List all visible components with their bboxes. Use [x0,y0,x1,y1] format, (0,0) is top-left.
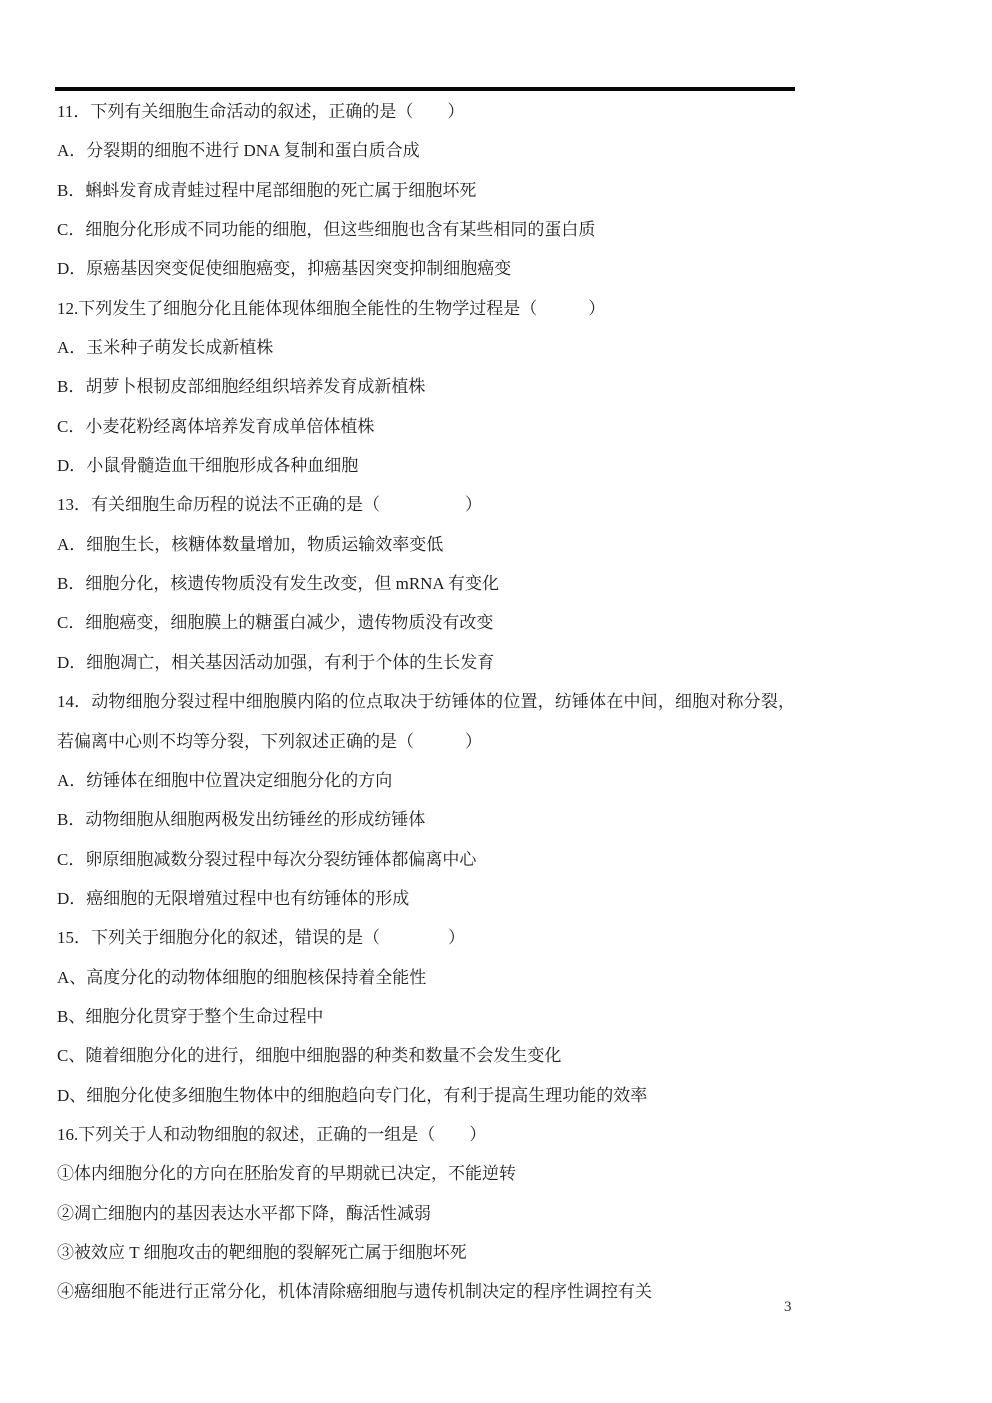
numbered-item-text: ③被效应 T 细胞攻击的靶细胞的裂解死亡属于细胞坏死 [57,1243,467,1262]
option-label: D． [57,889,86,908]
question-14-option-d: D．癌细胞的无限增殖过程中也有纺锤体的形成 [57,879,795,918]
option-text: 随着细胞分化的进行，细胞中细胞器的种类和数量不会发生变化 [85,1046,561,1065]
question-12-option-d: D．小鼠骨髓造血干细胞形成各种血细胞 [57,446,795,485]
option-label: C． [57,613,85,632]
question-text: 下列关于细胞分化的叙述，错误的是（ ） [91,928,465,947]
question-number: 12. [57,299,78,318]
option-text: 高度分化的动物体细胞的细胞核保持着全能性 [86,968,426,987]
question-11-option-c: C．细胞分化形成不同功能的细胞，但这些细胞也含有某些相同的蛋白质 [57,210,795,249]
numbered-item-text: ④癌细胞不能进行正常分化，机体清除癌细胞与遗传机制决定的程序性调控有关 [57,1282,652,1301]
option-label: C、 [57,1046,85,1065]
option-label: C． [57,850,85,869]
question-13-option-b: B．细胞分化，核遗传物质没有发生改变，但 mRNA 有变化 [57,564,795,603]
question-number: 11． [57,102,90,121]
question-16-item-1: ①体内细胞分化的方向在胚胎发育的早期就已决定，不能逆转 [57,1154,795,1193]
question-15-option-c: C、随着细胞分化的进行，细胞中细胞器的种类和数量不会发生变化 [57,1036,795,1075]
option-label: D． [57,653,86,672]
option-label: B． [57,377,85,396]
question-number: 14． [57,692,91,711]
option-label: C． [57,220,85,239]
question-14-stem-line1: 14．动物细胞分裂过程中细胞膜内陷的位点取决于纺锤体的位置，纺锤体在中间，细胞对… [57,682,795,721]
numbered-item-text: ①体内细胞分化的方向在胚胎发育的早期就已决定，不能逆转 [57,1164,516,1183]
question-text: 下列关于人和动物细胞的叙述，正确的一组是（ ） [78,1125,486,1144]
question-text: 有关细胞生命历程的说法不正确的是（ ） [91,495,482,514]
question-15-option-d: D、细胞分化使多细胞生物体中的细胞趋向专门化，有利于提高生理功能的效率 [57,1076,795,1115]
question-14-option-c: C．卵原细胞减数分裂过程中每次分裂纺锤体都偏离中心 [57,840,795,879]
question-15-option-a: A、高度分化的动物体细胞的细胞核保持着全能性 [57,958,795,997]
option-text: 分裂期的细胞不进行 DNA 复制和蛋白质合成 [86,141,419,160]
numbered-item-text: ②凋亡细胞内的基因表达水平都下降，酶活性减弱 [57,1204,431,1223]
question-12-option-a: A．玉米种子萌发长成新植株 [57,328,795,367]
option-text: 细胞分化贯穿于整个生命过程中 [85,1007,323,1026]
question-text: 动物细胞分裂过程中细胞膜内陷的位点取决于纺锤体的位置，纺锤体在中间，细胞对称分裂… [91,692,795,711]
question-12-option-b: B．胡萝卜根韧皮部细胞经组织培养发育成新植株 [57,367,795,406]
document-body: 11．下列有关细胞生命活动的叙述，正确的是（ ） A．分裂期的细胞不进行 DNA… [57,92,795,1312]
page-number: 3 [784,1297,792,1317]
question-text: 下列有关细胞生命活动的叙述，正确的是（ ） [90,102,464,121]
option-label: A． [57,771,86,790]
question-13-option-d: D．细胞凋亡，相关基因活动加强，有利于个体的生长发育 [57,643,795,682]
option-text: 细胞生长，核糖体数量增加，物质运输效率变低 [86,535,443,554]
option-label: B、 [57,1007,85,1026]
question-15-option-b: B、细胞分化贯穿于整个生命过程中 [57,997,795,1036]
page: { "document": { "page_number": "3", "tex… [0,0,992,1403]
option-label: D、 [57,1086,86,1105]
option-text: 原癌基因突变促使细胞癌变，抑癌基因突变抑制细胞癌变 [86,259,511,278]
question-14-option-a: A．纺锤体在细胞中位置决定细胞分化的方向 [57,761,795,800]
option-text: 蝌蚪发育成青蛙过程中尾部细胞的死亡属于细胞坏死 [85,181,476,200]
question-11-option-d: D．原癌基因突变促使细胞癌变，抑癌基因突变抑制细胞癌变 [57,249,795,288]
question-number: 15． [57,928,91,947]
option-label: A． [57,141,86,160]
option-text: 动物细胞从细胞两极发出纺锤丝的形成纺锤体 [85,810,425,829]
option-label: D． [57,259,86,278]
option-label: C． [57,417,85,436]
option-label: B． [57,574,85,593]
question-11-option-a: A．分裂期的细胞不进行 DNA 复制和蛋白质合成 [57,131,795,170]
question-14-stem-line2: 若偏离中心则不均等分裂，下列叙述正确的是（ ） [57,722,795,761]
option-text: 细胞分化使多细胞生物体中的细胞趋向专门化，有利于提高生理功能的效率 [86,1086,647,1105]
option-text: 细胞癌变，细胞膜上的糖蛋白减少，遗传物质没有改变 [85,613,493,632]
question-13-option-a: A．细胞生长，核糖体数量增加，物质运输效率变低 [57,525,795,564]
question-11-stem: 11．下列有关细胞生命活动的叙述，正确的是（ ） [57,92,795,131]
question-number: 16. [57,1125,78,1144]
option-label: A、 [57,968,86,987]
option-label: B． [57,810,85,829]
question-13-stem: 13．有关细胞生命历程的说法不正确的是（ ） [57,485,795,524]
option-text: 细胞分化形成不同功能的细胞，但这些细胞也含有某些相同的蛋白质 [85,220,595,239]
option-text: 细胞分化，核遗传物质没有发生改变，但 mRNA 有变化 [85,574,499,593]
option-text: 卵原细胞减数分裂过程中每次分裂纺锤体都偏离中心 [85,850,476,869]
header-rule [55,87,795,91]
option-text: 胡萝卜根韧皮部细胞经组织培养发育成新植株 [85,377,425,396]
option-text: 细胞凋亡，相关基因活动加强，有利于个体的生长发育 [86,653,494,672]
question-11-option-b: B．蝌蚪发育成青蛙过程中尾部细胞的死亡属于细胞坏死 [57,171,795,210]
option-text: 玉米种子萌发长成新植株 [86,338,273,357]
option-text: 小鼠骨髓造血干细胞形成各种血细胞 [86,456,358,475]
option-text: 小麦花粉经离体培养发育成单倍体植株 [85,417,374,436]
question-16-item-4: ④癌细胞不能进行正常分化，机体清除癌细胞与遗传机制决定的程序性调控有关 [57,1272,795,1311]
question-15-stem: 15．下列关于细胞分化的叙述，错误的是（ ） [57,918,795,957]
question-12-stem: 12.下列发生了细胞分化且能体现体细胞全能性的生物学过程是（ ） [57,289,795,328]
option-label: A． [57,338,86,357]
question-16-stem: 16.下列关于人和动物细胞的叙述，正确的一组是（ ） [57,1115,795,1154]
question-text: 下列发生了细胞分化且能体现体细胞全能性的生物学过程是（ ） [78,299,605,318]
question-13-option-c: C．细胞癌变，细胞膜上的糖蛋白减少，遗传物质没有改变 [57,603,795,642]
question-number: 13． [57,495,91,514]
option-label: B． [57,181,85,200]
question-14-option-b: B．动物细胞从细胞两极发出纺锤丝的形成纺锤体 [57,800,795,839]
question-12-option-c: C．小麦花粉经离体培养发育成单倍体植株 [57,407,795,446]
question-16-item-2: ②凋亡细胞内的基因表达水平都下降，酶活性减弱 [57,1194,795,1233]
option-label: A． [57,535,86,554]
option-label: D． [57,456,86,475]
option-text: 癌细胞的无限增殖过程中也有纺锤体的形成 [86,889,409,908]
question-text: 若偏离中心则不均等分裂，下列叙述正确的是（ ） [57,732,482,751]
option-text: 纺锤体在细胞中位置决定细胞分化的方向 [86,771,392,790]
question-16-item-3: ③被效应 T 细胞攻击的靶细胞的裂解死亡属于细胞坏死 [57,1233,795,1272]
